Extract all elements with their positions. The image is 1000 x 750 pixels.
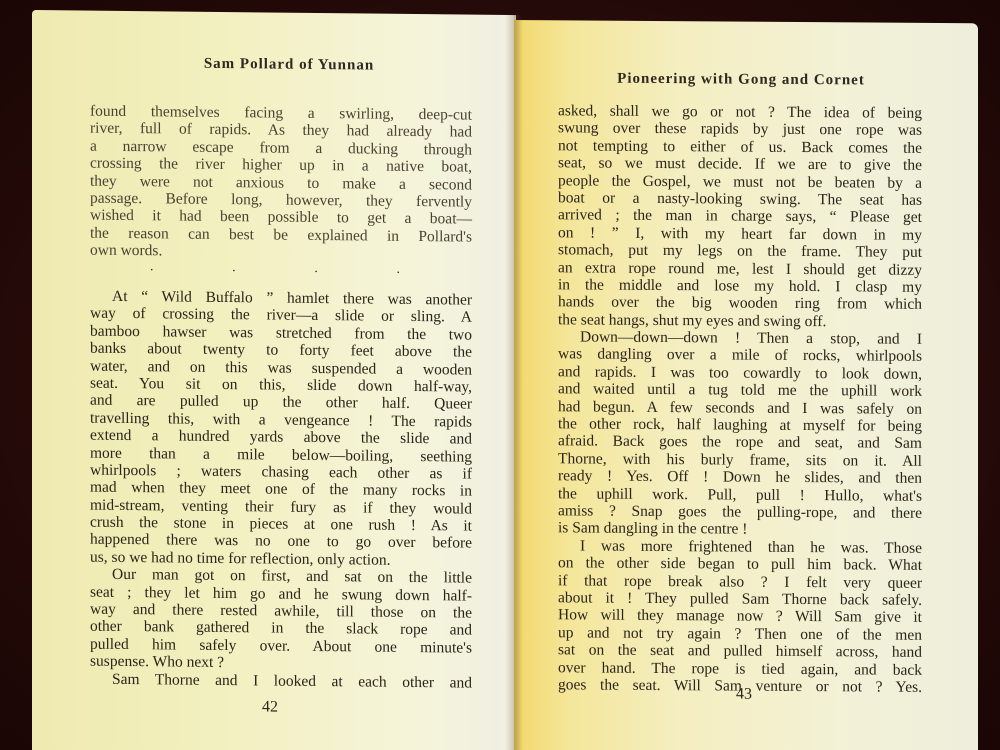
running-head-right: Pioneering with Gong and Cornet (544, 70, 938, 90)
section-break-dot: . (396, 262, 400, 278)
section-break-dot: . (150, 259, 154, 275)
text-line: is Sam dangling in the centre ! (558, 520, 922, 540)
left-page: Sam Pollard of Yunnan found themselves f… (32, 10, 516, 750)
text-line: on the other side began to pull him back… (558, 554, 922, 574)
text-line: seat, so we must decide. If we are to gi… (558, 154, 922, 174)
left-section-2: At “ Wild Buffalo ” hamlet there was ano… (90, 288, 472, 692)
text-line: swung over these rapids by just one rope… (558, 120, 922, 140)
page-number-right: 43 (736, 686, 752, 704)
left-section-1: found themselves facing a swirling, deep… (90, 103, 472, 264)
book-gutter (505, 15, 523, 750)
text-line: and waited until a tug told me the uphil… (558, 381, 922, 401)
text-line: stomach, put my legs on the frame. They … (558, 241, 922, 261)
section-break-dot: . (232, 260, 236, 276)
section-break: . . . . (150, 259, 400, 278)
right-page: Pioneering with Gong and Cornet asked, s… (514, 20, 978, 750)
text-line: ready ! Yes. Off ! Down he slides, and t… (558, 468, 922, 488)
text-line: afraid. Back goes the rope and seat, and… (558, 433, 922, 453)
text-line: Sam Thorne and I looked at each other an… (90, 670, 472, 691)
right-text: asked, shall we go or not ? The idea of … (558, 102, 922, 696)
running-head-left: Sam Pollard of Yunnan (92, 55, 486, 76)
text-line: How will they manage now ? Will Sam give… (558, 607, 922, 627)
text-line: hands over the big wooden ring from whic… (558, 294, 922, 314)
page-number-left: 42 (262, 698, 278, 716)
text-line: arrived ; the man in charge says, “ Plea… (558, 207, 922, 227)
section-break-dot: . (314, 261, 318, 277)
text-line: sat on the seat and pulled himself acros… (558, 641, 922, 661)
